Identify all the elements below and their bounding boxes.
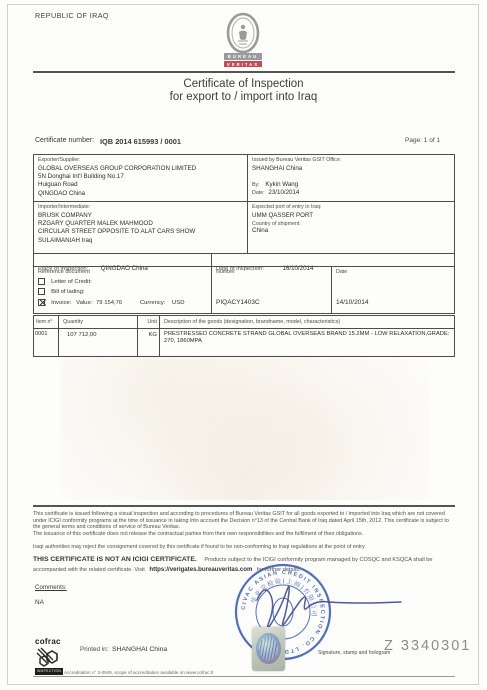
goods-data-row: 0001 107 712,00 KG PRESTRESSED CONCRETE … [34, 328, 454, 356]
cert-number-label: Certificate number: [35, 137, 94, 144]
legal-divider [33, 505, 455, 507]
issued-by-cell: Issued by Bureau Veritas GSIT Office: SH… [248, 155, 454, 201]
importer-cell: Importer/Intermediate: BRUSK COMPANY RZG… [34, 202, 247, 253]
header-divider [33, 71, 455, 73]
importer-name: BRUSK COMPANY [38, 212, 243, 220]
reference-cell: Reference document Letter of Credit: Bil… [34, 267, 211, 313]
printed-in-value: SHANGHAI China [112, 646, 167, 653]
col-quantity: Quantity [59, 316, 137, 328]
invoice-value: 79 154,76 [96, 300, 122, 306]
not-icigi-headline: THIS CERTIFICATE IS NOT AN ICIGI CERTIFI… [33, 556, 197, 563]
legal-text-1b: The issuance of this certificate does no… [33, 531, 455, 538]
country-of-shipment-value: China [252, 227, 450, 235]
importer-address-line: RZGARY QUARTER MALEK MAHMOOD [38, 220, 243, 228]
importer-row: Importer/Intermediate: BRUSK COMPANY RZG… [34, 201, 454, 253]
invoice-checkbox [38, 299, 45, 306]
exporter-cell: Exporter/Supplier: GLOBAL OVERSEAS GROUP… [34, 155, 247, 201]
item-number: 0001 [34, 329, 58, 356]
page-number: Page: 1 of 1 [405, 137, 440, 144]
bureau-bar: BUREAU [224, 53, 262, 60]
issue-date-label: Date: [252, 190, 265, 196]
currency-value: USD [172, 300, 184, 306]
letter-of-credit-label: Letter of Credit: [51, 279, 92, 285]
bill-of-lading-label: Bill of lading: [51, 289, 84, 295]
invoice-value-label: Value: [76, 300, 92, 306]
page-title: Certificate of Inspection [0, 78, 487, 90]
footer-rule [33, 676, 455, 677]
invoice-label: Invoice: [51, 300, 71, 306]
col-unit: Unit [138, 316, 159, 328]
reference-number-cell: Number PIQACY1403C [212, 267, 331, 313]
exporter-address-line: QINGDAO China [38, 190, 243, 198]
cofrac-logo-text: cofrac [35, 637, 61, 646]
goods-table: Item n° Quantity Unit Description of the… [33, 315, 455, 357]
exporter-address-line: Huiguan Road [38, 181, 243, 189]
exporter-row: Exporter/Supplier: GLOBAL OVERSEAS GROUP… [34, 155, 454, 201]
importer-address-line: SULAIMANIAH Iraq [38, 237, 243, 245]
veritas-bar: VERITAS [224, 61, 262, 68]
cert-number-value: IQB 2014 615993 / 0001 [100, 137, 181, 146]
importer-address-line: CIRCULAR STREET OPPOSITE TO ALAT CARS SH… [38, 228, 243, 236]
currency-label: Currency: [140, 300, 166, 306]
cofrac-inspection-bar: INSPECTION [35, 668, 63, 675]
printed-in-label: Printed in: [80, 646, 108, 653]
invoice-date: 14/10/2014 [336, 299, 369, 306]
not-icigi-text-2: accompanied with the related certificate… [33, 567, 145, 573]
issue-date-value: 23/10/2014 [268, 189, 299, 196]
comments-value: NA [35, 599, 44, 606]
reference-header: Reference document [38, 269, 207, 275]
bureau-veritas-emblem-icon [221, 12, 265, 54]
importer-label: Importer/Intermediate: [38, 204, 243, 210]
signature-stamp-hologram-label: Signature, stamp and hologram [318, 650, 390, 656]
hologram-sticker [252, 627, 285, 671]
col-item: Item n° [34, 316, 58, 328]
bill-of-lading-checkbox [38, 288, 45, 295]
parties-table: Exporter/Supplier: GLOBAL OVERSEAS GROUP… [33, 154, 455, 314]
goods-header-row: Item n° Quantity Unit Description of the… [34, 316, 454, 328]
inspection-row: Place of inspection: QINGDAO China Date … [34, 253, 454, 266]
letter-of-credit-checkbox [38, 278, 45, 285]
comments-label: Comments: [35, 584, 67, 591]
port-label: Expected port of entry in Iraq: [252, 204, 450, 210]
item-unit: KG [138, 329, 159, 356]
cofrac-logo-icon [36, 647, 63, 667]
port-cell: Expected port of entry in Iraq: UMM QASS… [248, 202, 454, 253]
legal-text-1a: This certificate is issued following a v… [33, 511, 455, 531]
hologram-pattern [259, 637, 278, 660]
page-subtitle: for export to / import into Iraq [0, 91, 487, 103]
country-header: REPUBLIC OF IRAQ [35, 11, 109, 20]
legal-paragraph-1: This certificate is issued following a v… [33, 511, 455, 538]
exporter-label: Exporter/Supplier: [38, 157, 243, 163]
inspection-stamp: CIVAC ASIAN CREDIT INSPECTION CO. LTD. 华… [205, 548, 415, 686]
issued-by-label: Issued by Bureau Veritas GSIT Office: [252, 157, 450, 163]
item-description: PRESTRESSED CONCRETE STRAND GLOBAL OVERS… [160, 329, 454, 356]
by-label: By: [252, 182, 260, 188]
certificate-page: REPUBLIC OF IRAQ BUREAU VERITAS Certific… [0, 0, 487, 690]
watermark [60, 355, 430, 500]
exporter-address-line: 5N Donghai Int'l Building No.17 [38, 173, 243, 181]
issued-by-office: SHANGHAI China [252, 165, 450, 173]
reference-row: Reference document Letter of Credit: Bil… [34, 266, 454, 313]
by-value: Kykin Wang [265, 181, 298, 188]
reference-date-cell: Date 14/10/2014 [332, 267, 454, 313]
col-description: Description of the goods (designation, b… [160, 316, 454, 328]
date-header: Date [336, 269, 450, 275]
invoice-number: PIQACY1403C [216, 299, 260, 306]
accreditation-note: Accreditation n° 3-0948, scope of accred… [64, 670, 214, 675]
port-value: UMM QASSER PORT [252, 212, 450, 220]
number-header: Number [216, 269, 327, 275]
hologram-serial-number: Z 3340301 [384, 638, 471, 654]
exporter-name: GLOBAL OVERSEAS GROUP CORPORATION LIMITE… [38, 165, 243, 173]
item-quantity: 107 712,00 [59, 329, 137, 356]
